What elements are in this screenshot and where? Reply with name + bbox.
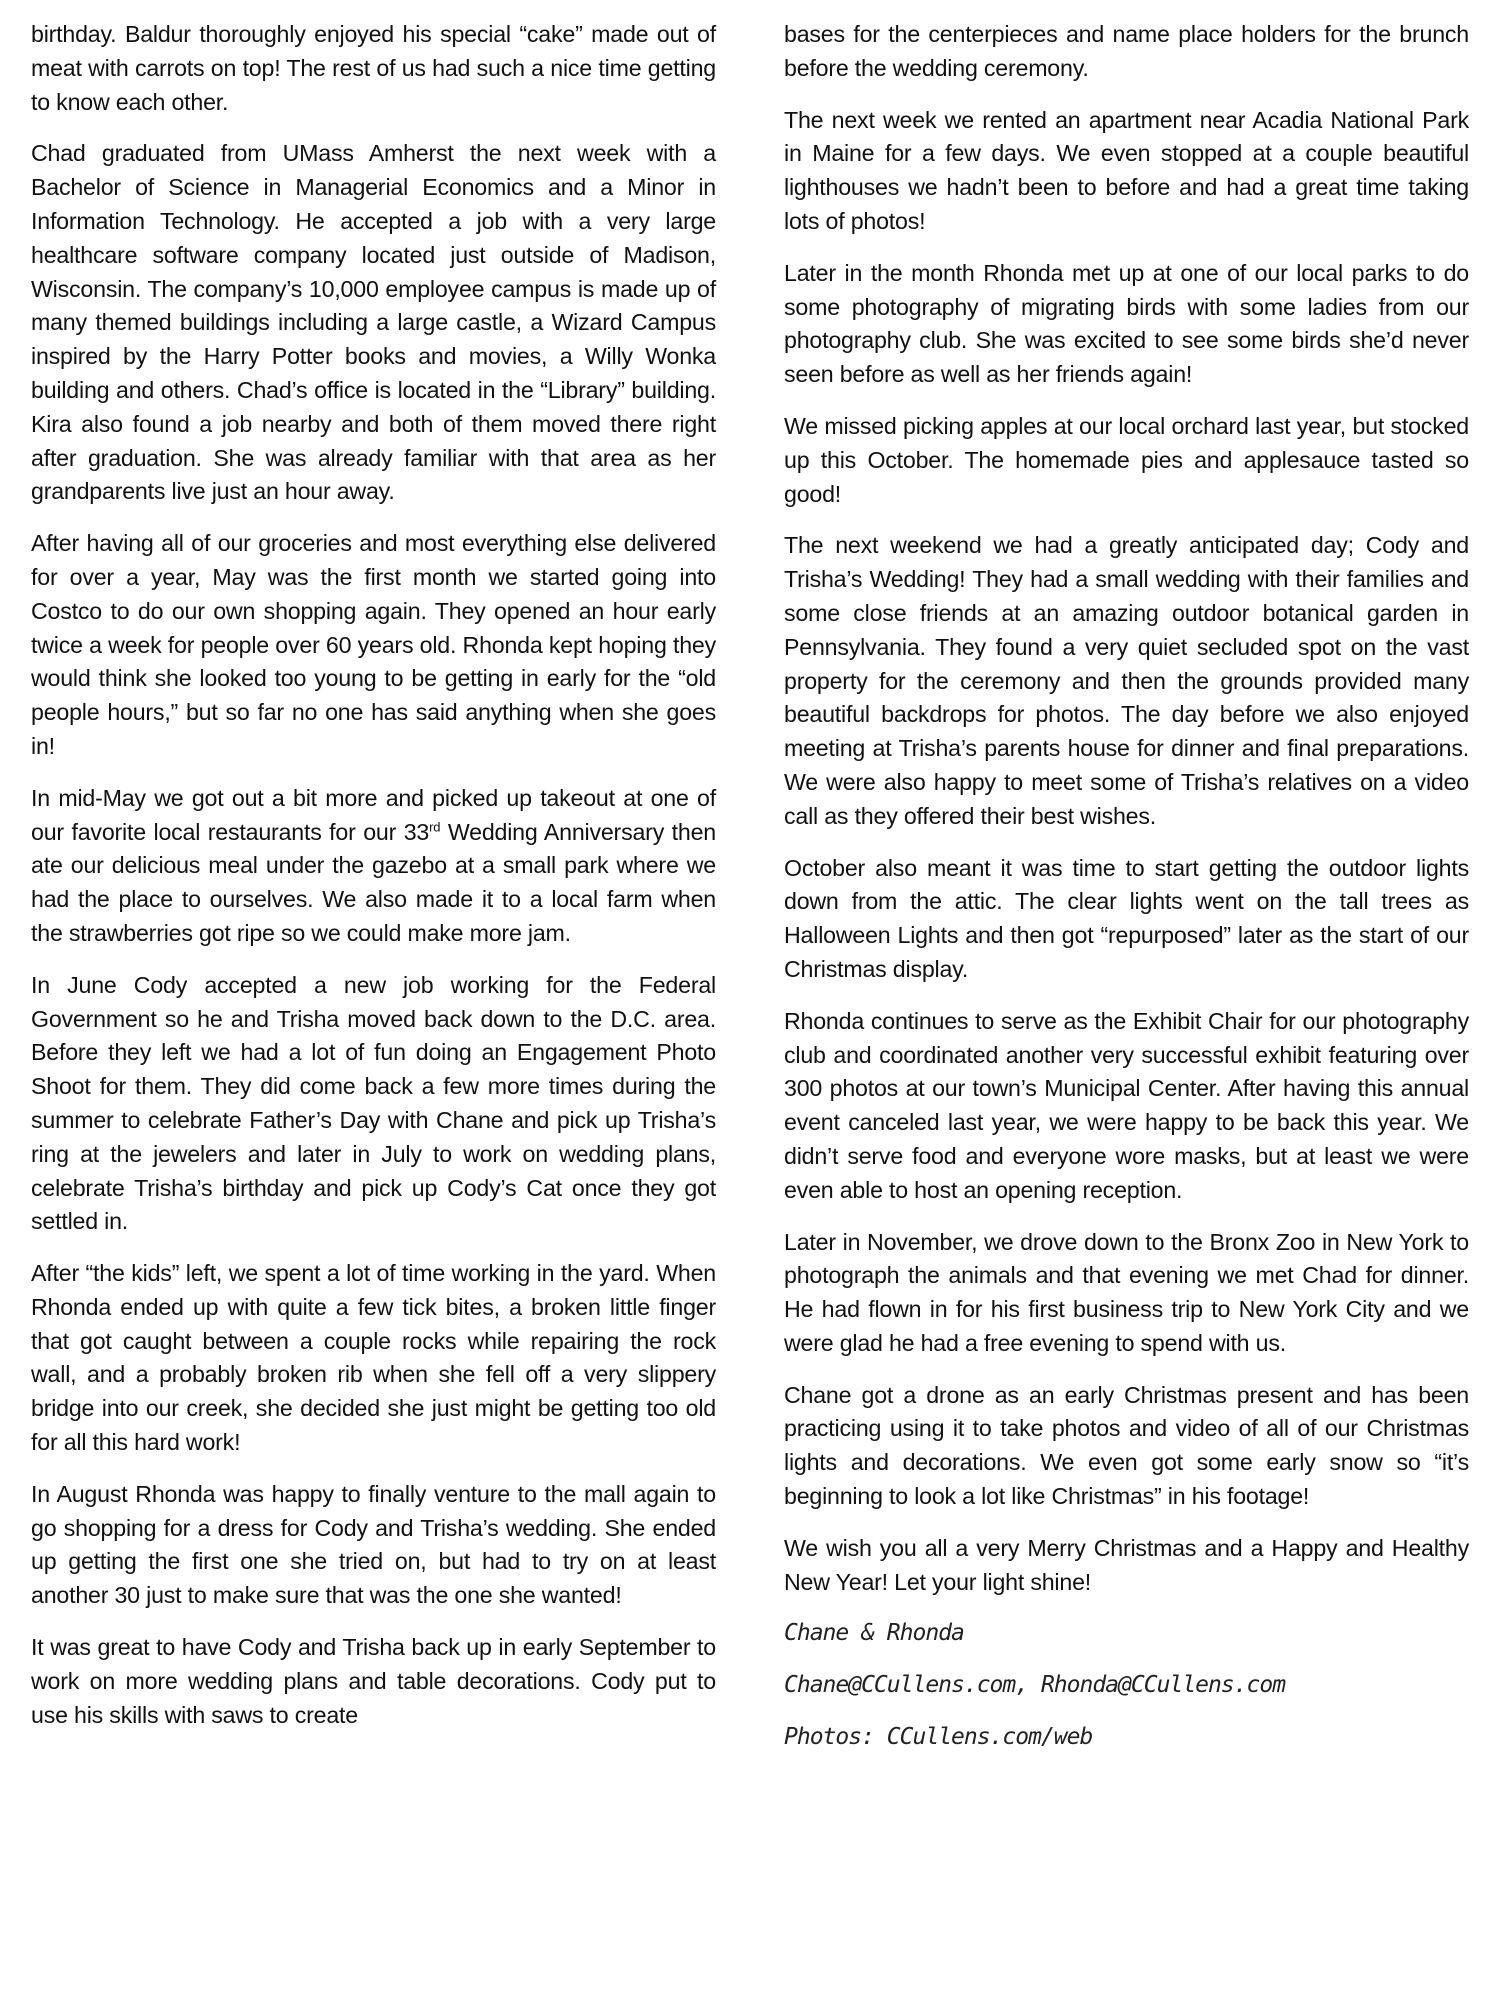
signature-names: Chane & Rhonda [784, 1617, 1469, 1651]
ordinal-suffix: rd [429, 819, 440, 834]
paragraph-bronx-zoo: Later in November, we drove down to the … [784, 1226, 1469, 1361]
paragraph-chad-graduation: Chad graduated from UMass Amherst the ne… [31, 137, 716, 509]
signature-photos-link: Photos: CCullens.com/web [784, 1721, 1469, 1755]
right-column: bases for the centerpieces and name plac… [784, 18, 1469, 1773]
paragraph-cody-new-job: In June Cody accepted a new job working … [31, 969, 716, 1239]
paragraph-centerpieces: bases for the centerpieces and name plac… [784, 18, 1469, 86]
paragraph-acadia-trip: The next week we rented an apartment nea… [784, 104, 1469, 239]
paragraph-baldur-birthday: birthday. Baldur thoroughly enjoyed his … [31, 18, 716, 119]
paragraph-holiday-wishes: We wish you all a very Merry Christmas a… [784, 1532, 1469, 1600]
paragraph-photo-exhibit: Rhonda continues to serve as the Exhibit… [784, 1005, 1469, 1208]
paragraph-yard-work: After “the kids” left, we spent a lot of… [31, 1257, 716, 1460]
paragraph-wedding: The next weekend we had a greatly antici… [784, 529, 1469, 833]
paragraph-drone: Chane got a drone as an early Christmas … [784, 1379, 1469, 1514]
paragraph-bird-photography: Later in the month Rhonda met up at one … [784, 257, 1469, 392]
paragraph-apple-picking: We missed picking apples at our local or… [784, 410, 1469, 511]
paragraph-outdoor-lights: October also meant it was time to start … [784, 852, 1469, 987]
paragraph-september-visit: It was great to have Cody and Trisha bac… [31, 1631, 716, 1732]
paragraph-dress-shopping: In August Rhonda was happy to finally ve… [31, 1478, 716, 1613]
signature-emails: Chane@CCullens.com, Rhonda@CCullens.com [784, 1669, 1469, 1703]
paragraph-costco-shopping: After having all of our groceries and mo… [31, 527, 716, 764]
paragraph-anniversary: In mid-May we got out a bit more and pic… [31, 782, 716, 951]
left-column: birthday. Baldur thoroughly enjoyed his … [31, 18, 716, 1750]
